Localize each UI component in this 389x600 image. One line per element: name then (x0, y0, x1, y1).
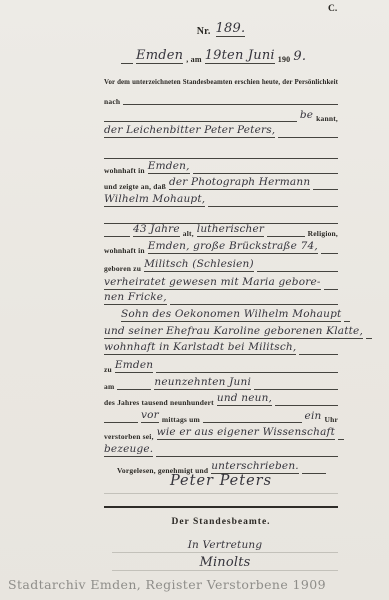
blank-line (104, 120, 297, 122)
row-deceased-residence: wohnhaft in Emden, große Brückstraße 74, (104, 240, 338, 254)
blank-line (203, 421, 302, 423)
deceased-name-entry-2: Wilhelm Mohaupt, (104, 194, 205, 207)
death-place-label: zu (104, 366, 112, 374)
row-registrar-signature: Minolts (112, 553, 338, 571)
row-approval: Vorgelesen, genehmigt und unterschrieben… (104, 460, 338, 474)
registrar-proxy-entry: In Vertretung (188, 540, 263, 552)
age-label: alt, (183, 230, 194, 238)
blank-line (104, 421, 138, 423)
deceased-name-entry-1: der Photograph Hermann (169, 177, 310, 190)
row-parents-3: wohnhaft in Karlstadt bei Militsch, (104, 341, 338, 355)
death-day-entry: neunzehnten Juni (154, 377, 251, 390)
row-marital-1: verheiratet gewesen mit Maria gebore- (104, 276, 338, 290)
row-anzeige: und zeigte an, daß der Photograph Herman… (104, 176, 338, 190)
death-year-label: des Jahres tausend neunhundert (104, 399, 214, 407)
death-register-page: C. Nr. 189. Emden , am 19ten Juni 190 9.… (0, 0, 389, 600)
death-day-label: am (104, 383, 114, 391)
row-deceased-name-2: Wilhelm Mohaupt, (104, 193, 338, 207)
blank-line (275, 404, 338, 406)
form-body: Emden , am 19ten Juni 190 9. Vor dem unt… (104, 0, 338, 600)
row-death-year: des Jahres tausend neunhundert und neun, (104, 392, 338, 406)
date-year-hand: 9. (293, 50, 306, 64)
closing-label: verstorben sei, (104, 433, 154, 441)
section-divider-rule (104, 506, 338, 508)
row-parents-2: und seiner Ehefrau Karoline geborenen Kl… (104, 325, 338, 339)
nach-label: nach (104, 98, 120, 106)
date-day: 19ten Juni (205, 49, 275, 64)
blank-line (313, 188, 338, 190)
time-uhr-label: Uhr (324, 416, 338, 424)
row-declarant-residence: wohnhaft in Emden, (104, 160, 338, 174)
blank-line (156, 371, 338, 373)
blank-line (104, 63, 118, 64)
blank-line (366, 337, 372, 339)
birthplace-entry: Militsch (Schlesien) (144, 259, 254, 272)
blank-line (170, 303, 338, 305)
row-marital-2: nen Fricke, (104, 291, 338, 305)
row-registrar-proxy: In Vertretung (112, 535, 338, 553)
row-blank-1 (104, 145, 338, 159)
marital-entry-2: nen Fricke, (104, 292, 167, 305)
age-entry: 43 Jahre (133, 224, 180, 237)
blank-line (104, 492, 338, 494)
religion-entry: lutherischer (197, 224, 264, 237)
archive-caption: Stadtarchiv Emden, Register Verstorbene … (8, 577, 326, 592)
religion-label: Religion, (308, 230, 338, 238)
row-closing-1: verstorben sei, wie er aus eigener Wisse… (104, 426, 338, 440)
deceased-residence-entry: Emden, große Brückstraße 74, (148, 241, 318, 254)
blank-line (254, 388, 338, 390)
row-death-time: vor mittags um ein Uhr (104, 409, 338, 423)
blank-line (278, 136, 338, 138)
blank-line (324, 288, 338, 290)
row-faint-line (104, 480, 338, 494)
death-year-entry: und neun, (217, 393, 272, 406)
row-blank-2 (104, 210, 338, 224)
row-closing-2: bezeuge. (104, 443, 338, 457)
blank-line (267, 235, 305, 237)
date-place: Emden (136, 49, 183, 64)
closing-entry-1: wie er aus eigener Wissenschaft (157, 427, 335, 440)
registrar-heading: Der Standesbeamte. (104, 517, 338, 527)
parents-entry-1: Sohn des Oekonomen Wilhelm Mohaupt (121, 309, 341, 322)
blank-line (193, 172, 338, 174)
blank-line (156, 455, 338, 457)
row-age-religion: 43 Jahre alt, lutherischer Religion, (104, 223, 338, 237)
blank-line (338, 438, 344, 440)
blank-line (117, 388, 151, 390)
declarant-residence-entry: Emden, (148, 161, 190, 174)
blank-line (104, 321, 118, 322)
time-ein-entry: ein (305, 411, 322, 423)
row-place-date: Emden , am 19ten Juni 190 9. (104, 47, 338, 64)
blank-line (104, 157, 338, 159)
time-vor-entry: vor (141, 410, 159, 423)
blank-line (123, 103, 338, 105)
row-nach: nach (104, 91, 338, 105)
marital-entry-1: verheiratet gewesen mit Maria gebore- (104, 277, 321, 290)
anzeige-label: und zeigte an, daß (104, 183, 166, 191)
bekannt-printed: kannt, (316, 115, 338, 123)
blank-line (344, 320, 350, 322)
date-am-label: , am (186, 56, 201, 64)
parents-entry-2: und seiner Ehefrau Karoline geborenen Kl… (104, 326, 363, 339)
row-parents-1: Sohn des Oekonomen Wilhelm Mohaupt (104, 308, 338, 322)
row-death-place: zu Emden (104, 359, 338, 373)
declarant-entry: der Leichenbitter Peter Peters, (104, 125, 275, 138)
bekannt-hand: be (300, 110, 313, 122)
registrar-signature: Minolts (199, 556, 250, 570)
blank-line (104, 235, 130, 237)
geboren-label: geboren zu (104, 265, 141, 273)
blank-line (321, 252, 338, 254)
blank-line (121, 62, 133, 64)
row-birthplace: geboren zu Militsch (Schlesien) (104, 258, 338, 272)
parents-entry-3: wohnhaft in Karlstadt bei Militsch, (104, 342, 296, 355)
blank-line (299, 353, 338, 355)
date-year-printed: 190 (278, 56, 291, 64)
wohnhaft-label: wohnhaft in (104, 167, 145, 175)
wohnhaft-label-2: wohnhaft in (104, 247, 145, 255)
blank-line (208, 205, 338, 207)
row-bekannt: be kannt, (104, 108, 338, 122)
time-mittags-label: mittags um (162, 416, 200, 424)
row-declarant: der Leichenbitter Peter Peters, (104, 124, 338, 138)
row-death-day: am neunzehnten Juni (104, 376, 338, 390)
blank-line (257, 270, 338, 272)
closing-entry-2: bezeuge. (104, 444, 153, 457)
intro-text: Vor dem unterzeichneten Standesbeamten e… (104, 79, 338, 86)
death-place-entry: Emden (115, 360, 153, 373)
